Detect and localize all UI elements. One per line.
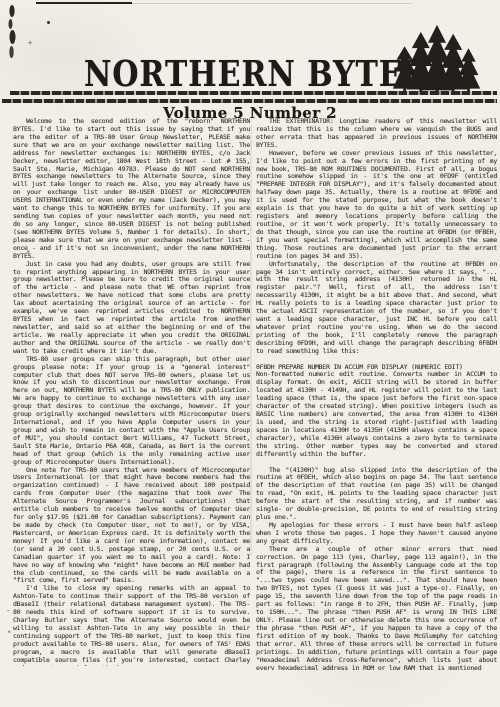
scan-line: [36, 2, 132, 4]
paragraph: TRS-80 user groups can skip this paragra…: [13, 356, 250, 467]
scan-line-faint: [132, 3, 412, 4]
scanned-newsletter-page: + * - * NORTHERN BYTES: [0, 0, 500, 707]
paragraph: I'd like to close my opening remarks wit…: [13, 585, 250, 666]
pine-trees-icon: [392, 20, 482, 96]
paragraph: However, before we cover previous issues…: [256, 150, 497, 261]
scan-mark: -: [6, 608, 10, 615]
header-rule-bottom: [2, 99, 497, 103]
header-rule-top: [10, 91, 497, 95]
right-column: THE EXTERMINATOR: Longtime readers of th…: [256, 118, 497, 670]
scan-dot: [47, 21, 50, 24]
paragraph: There are a couple of other minor errors…: [256, 546, 497, 670]
paragraph: One note for TRS-80 users that were memb…: [13, 467, 250, 586]
left-column: Welcome to the second edition of the "re…: [13, 118, 250, 666]
scan-fold-streak: [250, 125, 252, 555]
paragraph: THE EXTERMINATOR: Longtime readers of th…: [256, 118, 497, 150]
paragraph: My apologies for these errors - I must h…: [256, 522, 497, 546]
paragraph: Unfortunately, the description of the ro…: [256, 261, 497, 356]
paragraph: Welcome to the second edition of the "re…: [13, 118, 250, 261]
newsletter-title: NORTHERN BYTES: [84, 54, 425, 95]
scan-mark-plus: +: [28, 40, 32, 47]
scan-smudge: [4, 3, 20, 61]
paragraph: Non-formatted numeric edit routine. Conv…: [256, 371, 497, 458]
paragraph: The "(4130H)" bug also slipped into the …: [256, 467, 497, 522]
paragraph: Just in case you had any doubts, user gr…: [13, 261, 250, 356]
scan-mark: *: [7, 630, 11, 637]
